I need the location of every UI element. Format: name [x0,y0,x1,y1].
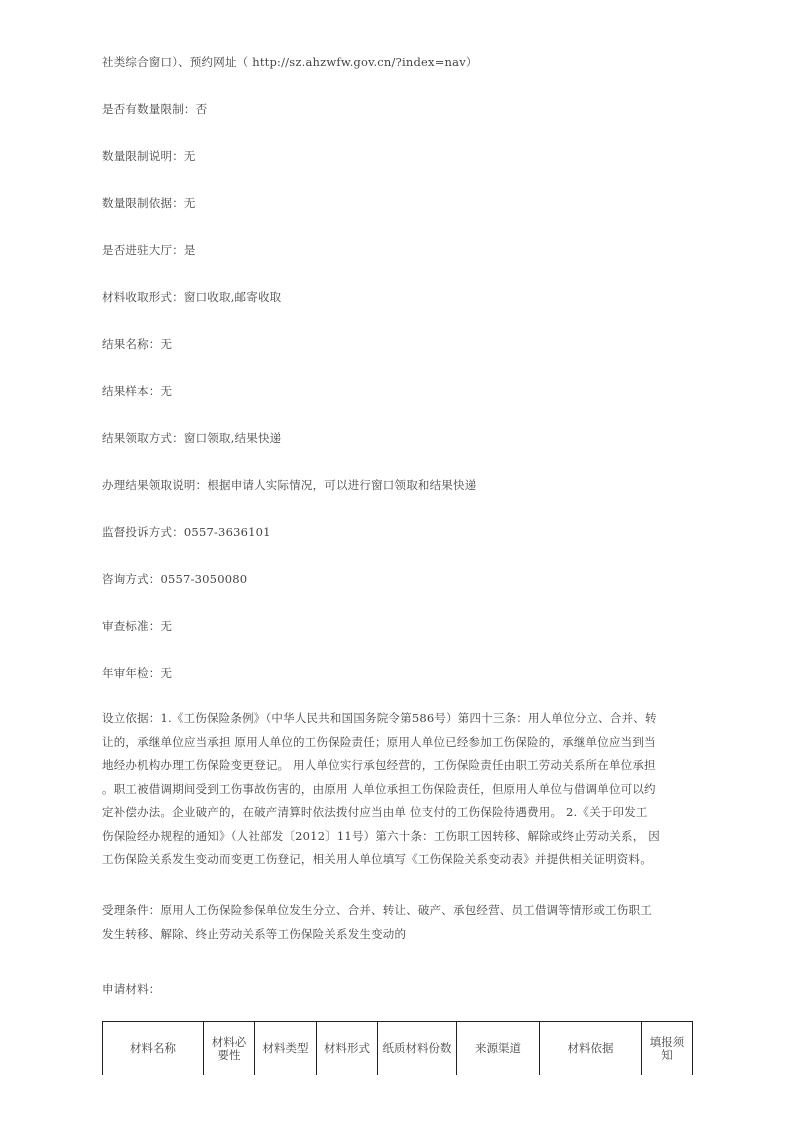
legal-basis-line: 让的，承继单位应当承担 原用人单位的工伤保险责任；原用人单位已经参加工伤保险的，… [102,731,692,755]
column-header-material-form: 材料形式 [317,1022,378,1076]
acceptance-line: 发生转移、解除、终止劳动关系等工伤保险关系发生变动的 [102,923,692,947]
field-material-collection: 材料收取形式：窗口收取,邮寄收取 [102,290,281,304]
field-value: 无 [184,196,196,210]
legal-basis-line: 。职工被借调期间受到工伤事故伤害的，由原用 人单位承担工伤保险责任，但原用人单位… [102,778,692,802]
field-in-hall: 是否进驻大厅：是 [102,243,196,257]
field-value: 无 [161,337,173,351]
column-header-source-channel: 来源渠道 [457,1022,540,1076]
field-label: 是否有数量限制： [102,102,196,116]
column-header-necessity: 材料必要性 [204,1022,255,1076]
field-label: 数量限制依据： [102,196,184,210]
field-value: 无 [161,666,173,680]
legal-basis-line: 工伤保险关系发生变动而变更工伤登记，相关用人单位填写《工伤保险关系变动表》并提供… [102,848,692,872]
field-label: 结果领取方式： [102,431,184,445]
field-value: 0557-3050080 [161,572,248,586]
field-result-name: 结果名称：无 [102,337,172,351]
field-value: 是 [184,243,196,257]
field-label: 年审年检： [102,666,161,680]
materials-heading: 申请材料： [102,982,161,996]
field-quantity-limit: 是否有数量限制：否 [102,102,207,116]
field-label: 审查标准： [102,619,161,633]
legal-basis-line: 设立依据：1.《工伤保险条例》（中华人民共和国国务院令第586号）第四十三条：用… [102,707,692,731]
field-result-pickup: 结果领取方式：窗口领取,结果快递 [102,431,281,445]
field-result-sample: 结果样本：无 [102,384,172,398]
field-value: 根据申请人实际情况，可以进行窗口领取和结果快递 [207,478,476,492]
column-header-material-basis: 材料依据 [540,1022,642,1076]
field-review-standard: 审查标准：无 [102,619,172,633]
column-header-material-type: 材料类型 [255,1022,317,1076]
legal-basis-line: 定补偿办法。企业破产的，在破产清算时依法拨付应当由单 位支付的工伤保险待遇费用。… [102,801,692,825]
acceptance-conditions-paragraph: 受理条件：原用人工伤保险参保单位发生分立、合并、转让、破产、承包经营、员工借调等… [102,899,692,946]
field-value: 无 [161,619,173,633]
column-header-filling-notes: 填报须知 [642,1022,693,1076]
field-label: 材料收取形式： [102,290,184,304]
field-annual-review: 年审年检：无 [102,666,172,680]
field-value: 窗口领取,结果快递 [184,431,281,445]
field-booking-url: 社类综合窗口）、预约网址（ http://sz.ahzwfw.gov.cn/?i… [102,55,478,69]
field-label: 结果样本： [102,384,161,398]
field-result-pickup-note: 办理结果领取说明：根据申请人实际情况，可以进行窗口领取和结果快递 [102,478,476,492]
table-header-row: 材料名称 材料必要性 材料类型 材料形式 纸质材料份数 来源渠道 材料依据 填报… [103,1022,693,1076]
legal-basis-line: 伤保险经办规程的通知》（人社部发〔2012〕11号）第六十条：工伤职工因转移、解… [102,825,692,849]
field-label: 数量限制说明： [102,149,184,163]
field-label: 监督投诉方式： [102,525,184,539]
field-quantity-limit-description: 数量限制说明：无 [102,149,196,163]
field-value: 无 [184,149,196,163]
field-complaint-phone: 监督投诉方式：0557-3636101 [102,525,271,539]
booking-url-link[interactable]: http://sz.ahzwfw.gov.cn/?index=nav） [248,55,477,69]
field-label: 结果名称： [102,337,161,351]
column-header-material-name: 材料名称 [103,1022,204,1076]
field-label: 咨询方式： [102,572,161,586]
legal-basis-line: 地经办机构办理工伤保险变更登记。 用人单位实行承包经营的，工伤保险责任由职工劳动… [102,754,692,778]
field-value: 无 [161,384,173,398]
legal-basis-paragraph: 设立依据：1.《工伤保险条例》（中华人民共和国国务院令第586号）第四十三条：用… [102,707,692,872]
acceptance-line: 受理条件：原用人工伤保险参保单位发生分立、合并、转让、破产、承包经营、员工借调等… [102,899,692,923]
materials-table: 材料名称 材料必要性 材料类型 材料形式 纸质材料份数 来源渠道 材料依据 填报… [102,1021,693,1075]
field-value: 窗口收取,邮寄收取 [184,290,281,304]
field-label: 办理结果领取说明： [102,478,207,492]
field-consult-phone: 咨询方式：0557-3050080 [102,572,247,586]
field-label: 是否进驻大厅： [102,243,184,257]
document-page: 社类综合窗口）、预约网址（ http://sz.ahzwfw.gov.cn/?i… [0,0,793,1122]
field-value: 否 [196,102,208,116]
field-value: 0557-3636101 [184,525,271,539]
field-label: 社类综合窗口）、预约网址（ [102,55,248,69]
column-header-paper-copies: 纸质材料份数 [378,1022,457,1076]
field-quantity-limit-basis: 数量限制依据：无 [102,196,196,210]
